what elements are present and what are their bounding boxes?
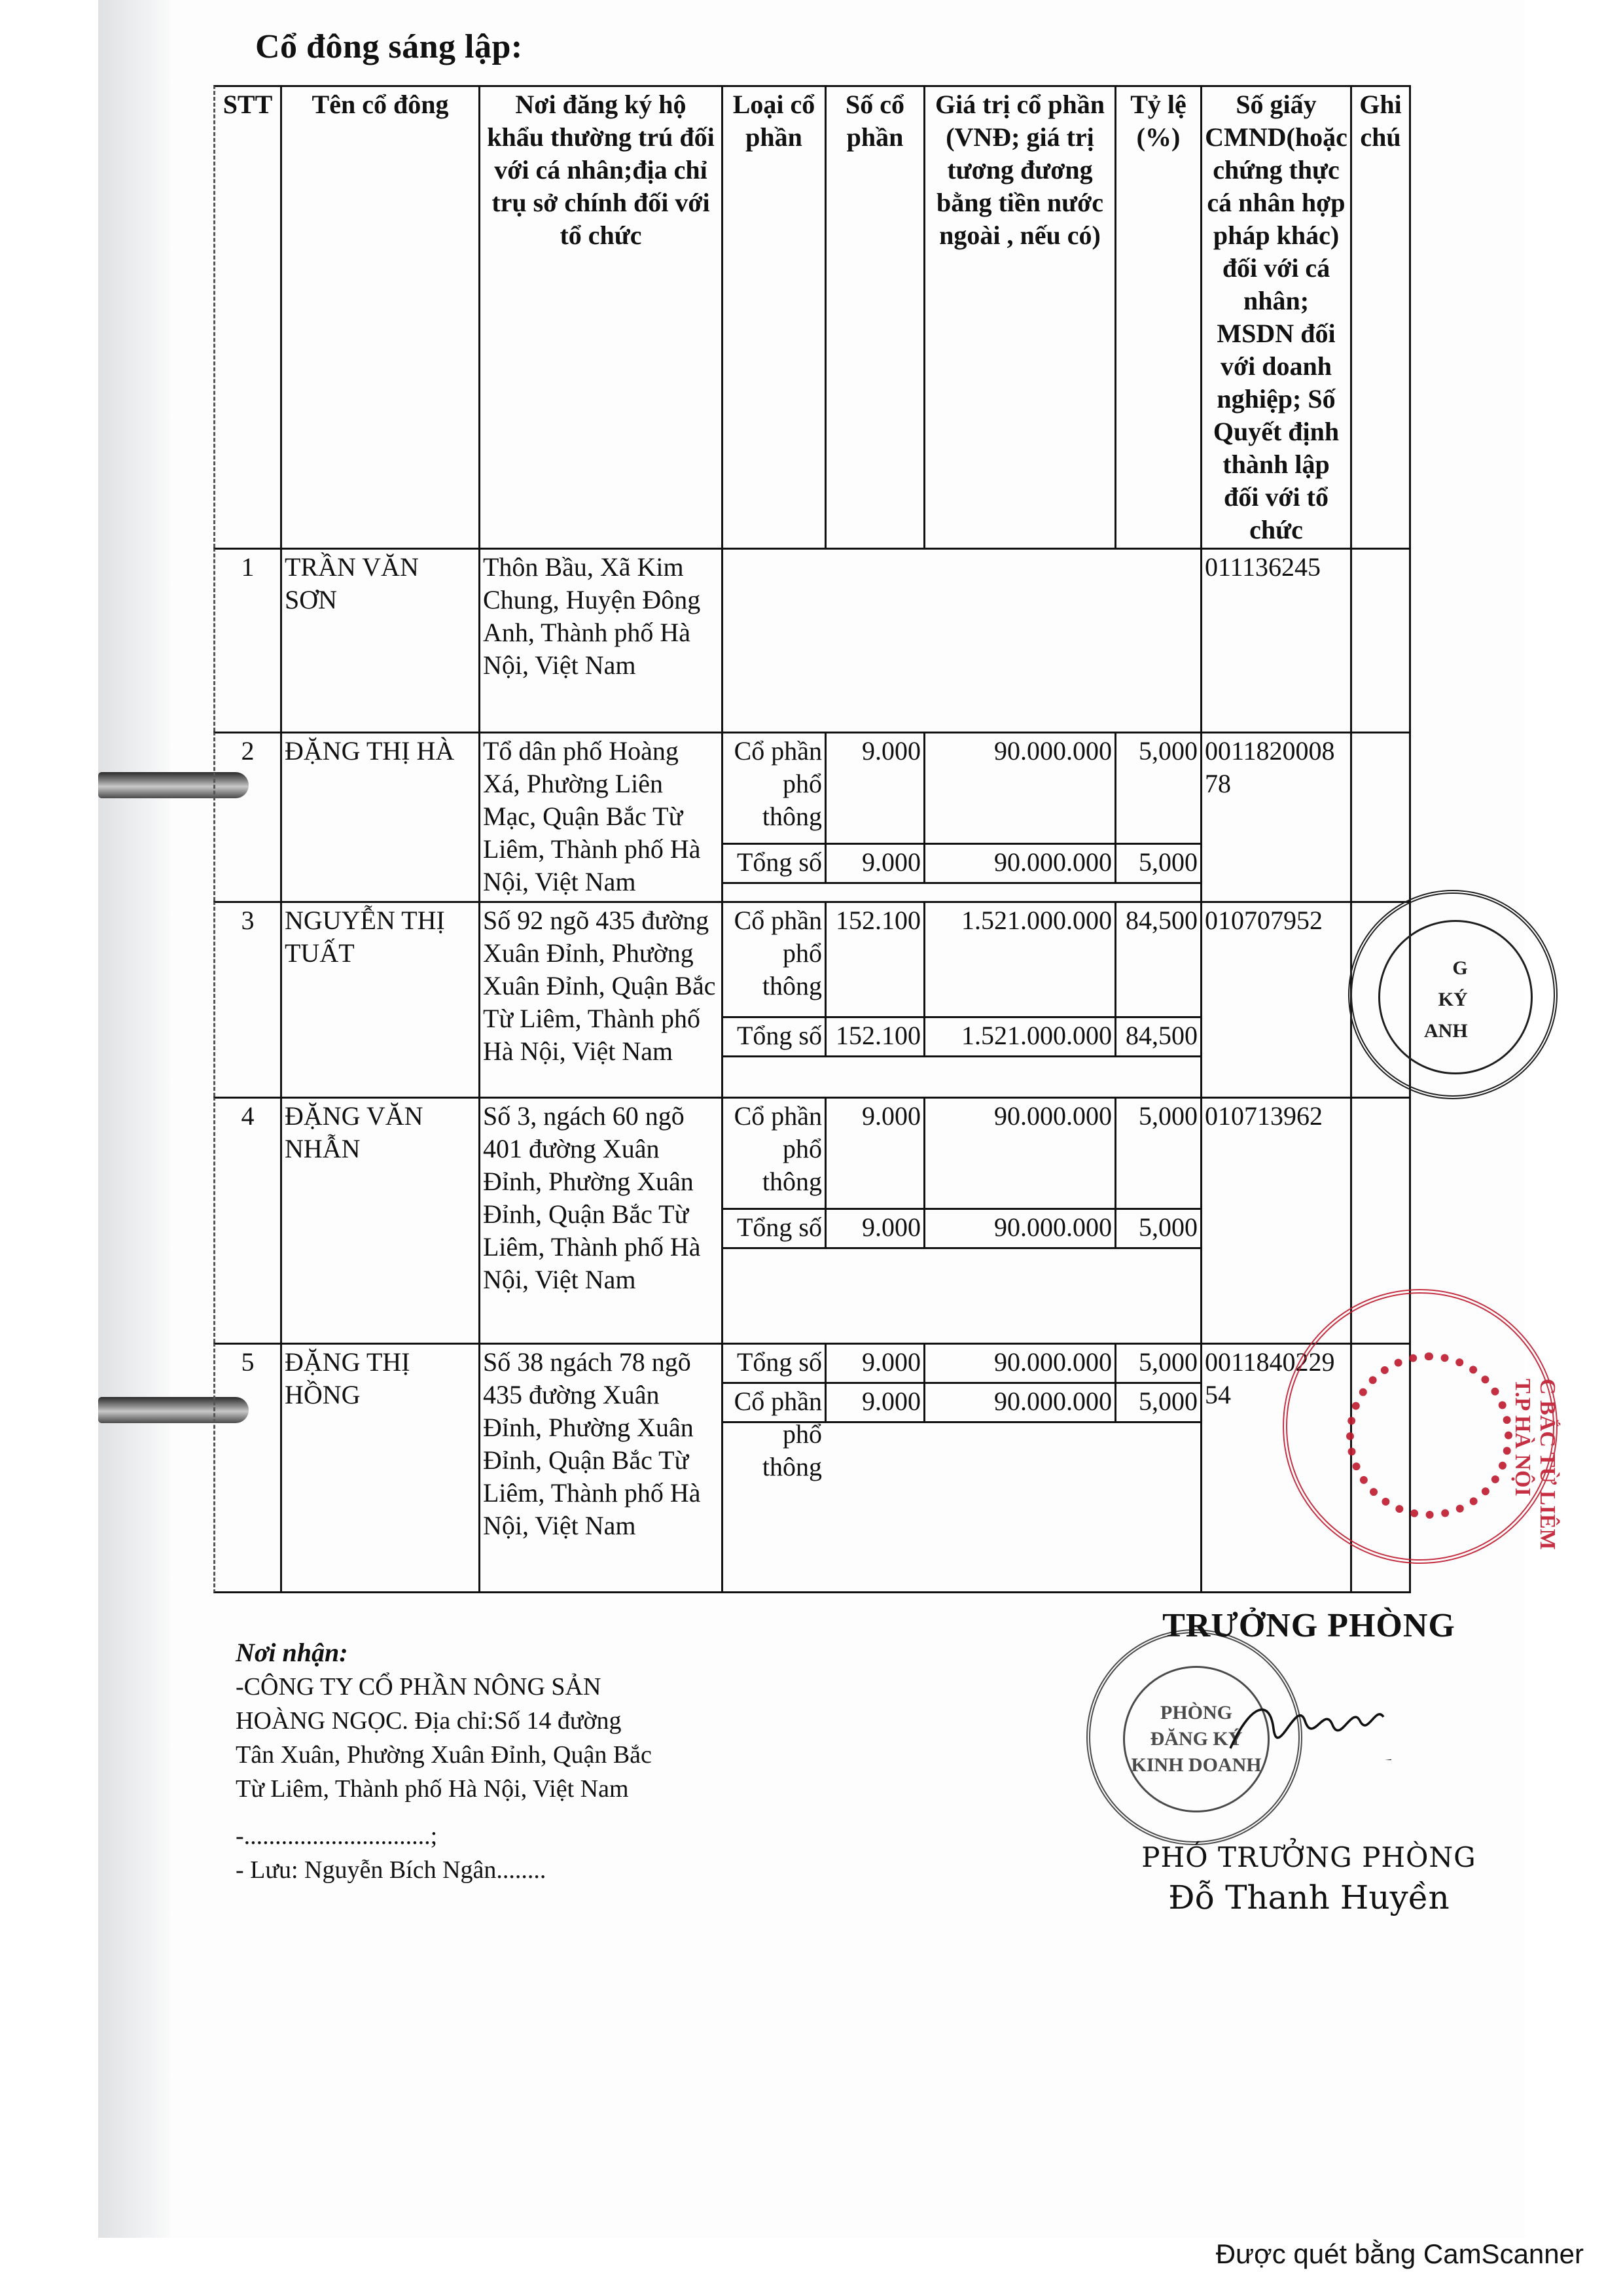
- share-quantity: 152.100: [825, 1016, 923, 1055]
- recipients-label: Nơi nhận:: [236, 1636, 652, 1670]
- section-title: Cổ đông sáng lập:: [255, 27, 523, 66]
- share-value: 90.000.000: [923, 1097, 1115, 1208]
- camscanner-watermark: Được quét bằng CamScanner: [1216, 2238, 1584, 2270]
- stamp-red-emblem: C BẮC TỪ LIÊM T.P HÀ NỘI: [1283, 1289, 1558, 1564]
- note-cell: [1350, 548, 1411, 732]
- share-ratio: 84,500: [1115, 1016, 1200, 1055]
- column-header: Tên cổ đông: [280, 85, 478, 548]
- id-number: 011136245: [1200, 548, 1350, 732]
- column-header: Ghi chú: [1350, 85, 1411, 548]
- shareholder-name: ĐẶNG THỊ HỒNG: [280, 1343, 478, 1593]
- shareholder-address: Số 92 ngõ 435 đường Xuân Đỉnh, Phường Xu…: [478, 901, 721, 1097]
- recipient-lines: -CÔNG TY CỔ PHẦN NÔNG SẢNHOÀNG NGỌC. Địa…: [236, 1670, 652, 1887]
- share-ratio: 5,000: [1115, 1343, 1200, 1382]
- share-ratio: 84,500: [1115, 901, 1200, 1016]
- shareholder-address: Số 38 ngách 78 ngõ 435 đường Xuân Đỉnh, …: [478, 1343, 721, 1593]
- row-stt: 1: [213, 548, 280, 732]
- share-type: Cổ phần phổ thông: [721, 1097, 825, 1208]
- column-header: Nơi đăng ký hộ khẩu thường trú đối với c…: [478, 85, 721, 548]
- share-ratio: 5,000: [1115, 1097, 1200, 1208]
- column-header: Giá trị cổ phần (VNĐ; giá trị tương đươn…: [923, 85, 1115, 548]
- share-filler-cell: [721, 882, 1200, 901]
- recipient-line: Tân Xuân, Phường Xuân Đỉnh, Quận Bắc: [236, 1738, 652, 1772]
- share-value: 1.521.000.000: [923, 1016, 1115, 1055]
- recipient-line: Từ Liêm, Thành phố Hà Nội, Việt Nam: [236, 1772, 652, 1806]
- share-ratio: 5,000: [1115, 732, 1200, 843]
- share-filler-cell: [721, 1055, 1200, 1097]
- column-header: Số giấy CMND(hoặc chứng thực cá nhân hợp…: [1200, 85, 1350, 548]
- share-value: 90.000.000: [923, 843, 1115, 882]
- column-header: Tỷ lệ (%): [1115, 85, 1200, 548]
- recipient-line: - Lưu: Nguyễn Bích Ngân........: [236, 1853, 652, 1887]
- id-number: 010707952: [1200, 901, 1350, 1097]
- stamp-text: G: [1424, 953, 1468, 984]
- share-value: 90.000.000: [923, 1343, 1115, 1382]
- share-value: 90.000.000: [923, 1382, 1115, 1421]
- red-stamp-ring-text: C BẮC TỪ LIÊM T.P HÀ NỘI: [1510, 1379, 1560, 1559]
- page-edge-shadow: [98, 0, 170, 2238]
- shareholder-name: TRẦN VĂN SƠN: [280, 548, 478, 732]
- shareholder-name: ĐẶNG THỊ HÀ: [280, 732, 478, 901]
- share-type: Cổ phần phổ thông: [721, 732, 825, 843]
- shareholder-address: Thôn Bầu, Xã Kim Chung, Huyện Đông Anh, …: [478, 548, 721, 732]
- share-type: Tổng số: [721, 1343, 825, 1382]
- share-quantity: 9.000: [825, 843, 923, 882]
- recipient-line: HOÀNG NGỌC. Địa chỉ:Số 14 đường: [236, 1704, 652, 1738]
- signer-subtitle: PHÓ TRƯỞNG PHÒNG: [1106, 1841, 1512, 1873]
- share-filler-cell: [721, 1247, 1200, 1343]
- shareholder-name: ĐẶNG VĂN NHẪN: [280, 1097, 478, 1343]
- share-type: Cổ phần phổ thông: [721, 901, 825, 1016]
- share-quantity: 152.100: [825, 901, 923, 1016]
- share-quantity: 9.000: [825, 1097, 923, 1208]
- signature-block: TRƯỞNG PHÒNG PHÓ TRƯỞNG PHÒNG Đỗ Thanh H…: [1106, 1606, 1512, 1916]
- stamp-text: KÝ: [1424, 984, 1468, 1016]
- share-filler-cell: [721, 1421, 1200, 1593]
- recipients-block: Nơi nhận: -CÔNG TY CỔ PHẦN NÔNG SẢNHOÀNG…: [236, 1636, 652, 1887]
- id-number: 001182000878: [1200, 732, 1350, 901]
- column-header: Số cổ phần: [825, 85, 923, 548]
- signer-role-title: TRƯỞNG PHÒNG: [1106, 1606, 1512, 1645]
- share-value: 90.000.000: [923, 732, 1115, 843]
- share-value: 1.521.000.000: [923, 901, 1115, 1016]
- column-header: Loại cổ phần: [721, 85, 825, 548]
- share-quantity: 9.000: [825, 1343, 923, 1382]
- share-type: Tổng số: [721, 843, 825, 882]
- share-quantity: 9.000: [825, 1382, 923, 1421]
- row-stt: 3: [213, 901, 280, 1097]
- id-number: 010713962: [1200, 1097, 1350, 1343]
- note-cell: [1350, 732, 1411, 901]
- stamp-registration-office-partial: GKÝANH: [1348, 890, 1558, 1099]
- national-emblem-icon: [1346, 1352, 1512, 1519]
- stamp-text: ANH: [1424, 1016, 1468, 1047]
- empty-share-cell: [721, 548, 1200, 732]
- share-type: Tổng số: [721, 1016, 825, 1055]
- share-type: Tổng số: [721, 1208, 825, 1247]
- row-stt: 2: [213, 732, 280, 901]
- share-ratio: 5,000: [1115, 1208, 1200, 1247]
- column-header: STT: [213, 85, 280, 548]
- signer-name: Đỗ Thanh Huyền: [1106, 1879, 1512, 1916]
- shareholder-address: Tổ dân phố Hoàng Xá, Phường Liên Mạc, Qu…: [478, 732, 721, 901]
- share-quantity: 9.000: [825, 1208, 923, 1247]
- shareholder-name: NGUYỄN THỊ TUẤT: [280, 901, 478, 1097]
- row-stt: 4: [213, 1097, 280, 1343]
- recipient-line: -..............................;: [236, 1819, 652, 1853]
- row-stt: 5: [213, 1343, 280, 1593]
- share-ratio: 5,000: [1115, 1382, 1200, 1421]
- share-quantity: 9.000: [825, 732, 923, 843]
- shareholder-address: Số 3, ngách 60 ngõ 401 đường Xuân Đỉnh, …: [478, 1097, 721, 1343]
- handwritten-signature-icon: [1171, 1682, 1446, 1760]
- recipient-line: -CÔNG TY CỔ PHẦN NÔNG SẢN: [236, 1670, 652, 1704]
- share-type: Cổ phần phổ thông: [721, 1382, 825, 1421]
- share-value: 90.000.000: [923, 1208, 1115, 1247]
- share-ratio: 5,000: [1115, 843, 1200, 882]
